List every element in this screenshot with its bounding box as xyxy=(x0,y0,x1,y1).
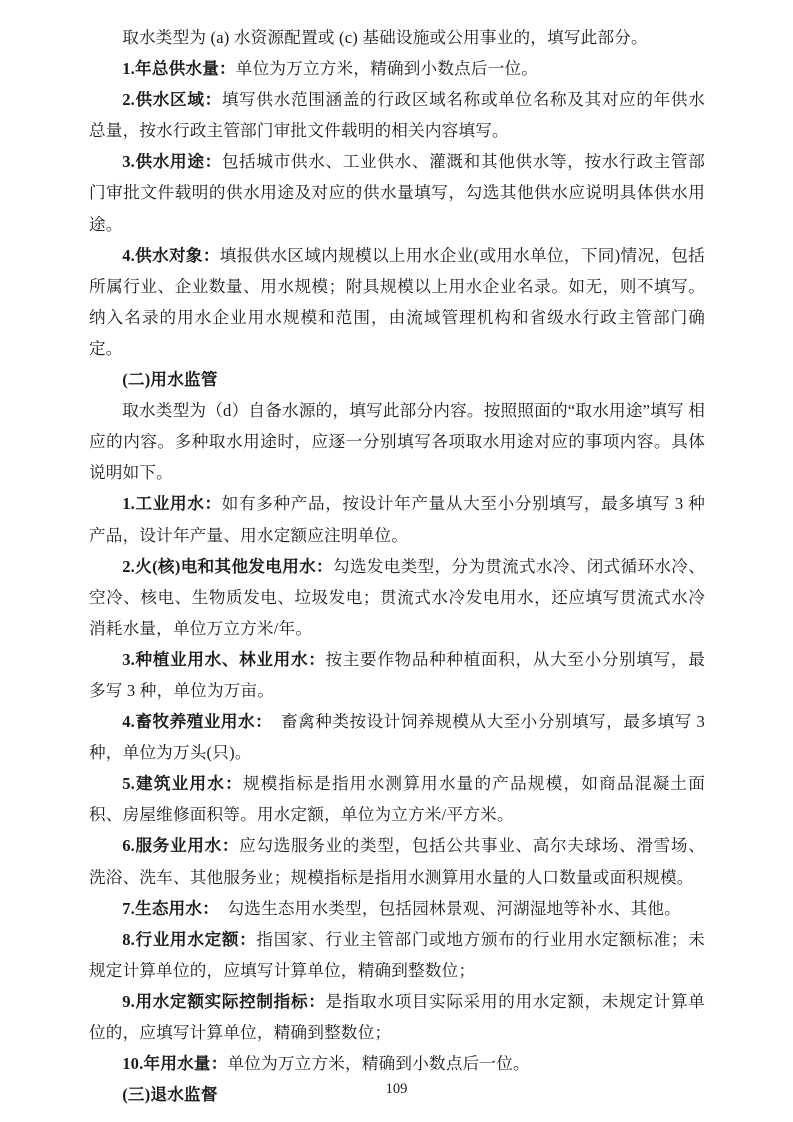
item-label: 7.生态用水： xyxy=(122,899,211,918)
paragraph-text: 单位为万立方米，精确到小数点后一位。 xyxy=(228,1054,530,1073)
paragraph-industry-water-quota: 8.行业用水定额：指国家、行业主管部门或地方颁布的行业用水定额标准；未规定计算单… xyxy=(89,924,705,986)
paragraph-text: 单位为万立方米，精确到小数点后一位。 xyxy=(236,59,538,78)
item-label: 3.供水用途： xyxy=(122,152,222,171)
paragraph-industrial-water: 1.工业用水：如有多种产品，按设计年产量从大至小分别填写，最多填写 3 种产品，… xyxy=(89,488,705,550)
paragraph-annual-supply-volume: 1.年总供水量：单位为万立方米，精确到小数点后一位。 xyxy=(89,53,705,84)
section-heading-label: (二)用水监管 xyxy=(122,370,217,389)
item-label: 1.工业用水： xyxy=(122,494,222,513)
paragraph-supply-target: 4.供水对象：填报供水区域内规模以上用水企业(或用水单位，下同)情况，包括所属行… xyxy=(89,240,705,364)
item-label: 4.畜牧养殖业用水： xyxy=(122,712,264,731)
paragraph-construction-water: 5.建筑业用水：规模指标是指用水测算用水量的产品规模，如商品混凝土面积、房屋维修… xyxy=(89,768,705,830)
paragraph-annual-water-use: 10.年用水量：单位为万立方米，精确到小数点后一位。 xyxy=(89,1048,705,1079)
paragraph-quota-control-indicator: 9.用水定额实际控制指标：是指取水项目实际采用的用水定额，未规定计算单位的，应填… xyxy=(89,986,705,1048)
paragraph-text: 勾选生态用水类型，包括园林景观、河湖湿地等补水、其他。 xyxy=(211,899,681,918)
paragraph-power-generation-water: 2.火(核)电和其他发电用水：勾选发电类型，分为贯流式水冷、闭式循环水冷、空冷、… xyxy=(89,551,705,644)
section-heading-water-use-supervision: (二)用水监管 xyxy=(89,364,705,395)
item-label: 6.服务业用水： xyxy=(122,836,239,855)
paragraph-ecological-water: 7.生态用水： 勾选生态用水类型，包括园林景观、河湖湿地等补水、其他。 xyxy=(89,893,705,924)
item-label: 4.供水对象： xyxy=(122,246,220,265)
paragraph-text: 取水类型为（d）自备水源的，填写此部分内容。按照照面的“取水用途”填写 相应的内… xyxy=(89,401,705,482)
paragraph-supply-area: 2.供水区域：填写供水范围涵盖的行政区域名称或单位名称及其对应的年供水总量，按水… xyxy=(89,84,705,146)
item-label: 8.行业用水定额： xyxy=(122,930,256,949)
page-number: 109 xyxy=(0,1080,793,1098)
item-label: 2.火(核)电和其他发电用水： xyxy=(122,557,333,576)
paragraph-livestock-water: 4.畜牧养殖业用水： 畜禽种类按设计饲养规模从大至小分别填写，最多填写 3 种，… xyxy=(89,706,705,768)
item-label: 2.供水区域： xyxy=(122,90,222,109)
item-label: 5.建筑业用水： xyxy=(122,774,243,793)
paragraph-supply-purpose: 3.供水用途：包括城市供水、工业供水、灌溉和其他供水等，按水行政主管部门审批文件… xyxy=(89,146,705,239)
item-label: 10.年用水量： xyxy=(122,1054,227,1073)
paragraph-planting-forestry-water: 3.种植业用水、林业用水：按主要作物品种种植面积，从大至小分别填写，最多写 3 … xyxy=(89,644,705,706)
paragraph-intro-supply: 取水类型为 (a) 水资源配置或 (c) 基础设施或公用事业的，填写此部分。 xyxy=(89,22,705,53)
document-body: 取水类型为 (a) 水资源配置或 (c) 基础设施或公用事业的，填写此部分。 1… xyxy=(89,22,705,1110)
item-label: 9.用水定额实际控制指标： xyxy=(122,992,325,1011)
item-label: 1.年总供水量： xyxy=(122,59,236,78)
item-label: 3.种植业用水、林业用水： xyxy=(122,650,325,669)
paragraph-service-industry-water: 6.服务业用水：应勾选服务业的类型，包括公共事业、高尔夫球场、滑雪场、洗浴、洗车… xyxy=(89,830,705,892)
paragraph-intro-water-use: 取水类型为（d）自备水源的，填写此部分内容。按照照面的“取水用途”填写 相应的内… xyxy=(89,395,705,488)
paragraph-text: 取水类型为 (a) 水资源配置或 (c) 基础设施或公用事业的，填写此部分。 xyxy=(122,28,648,47)
document-page: 取水类型为 (a) 水资源配置或 (c) 基础设施或公用事业的，填写此部分。 1… xyxy=(0,0,793,1122)
